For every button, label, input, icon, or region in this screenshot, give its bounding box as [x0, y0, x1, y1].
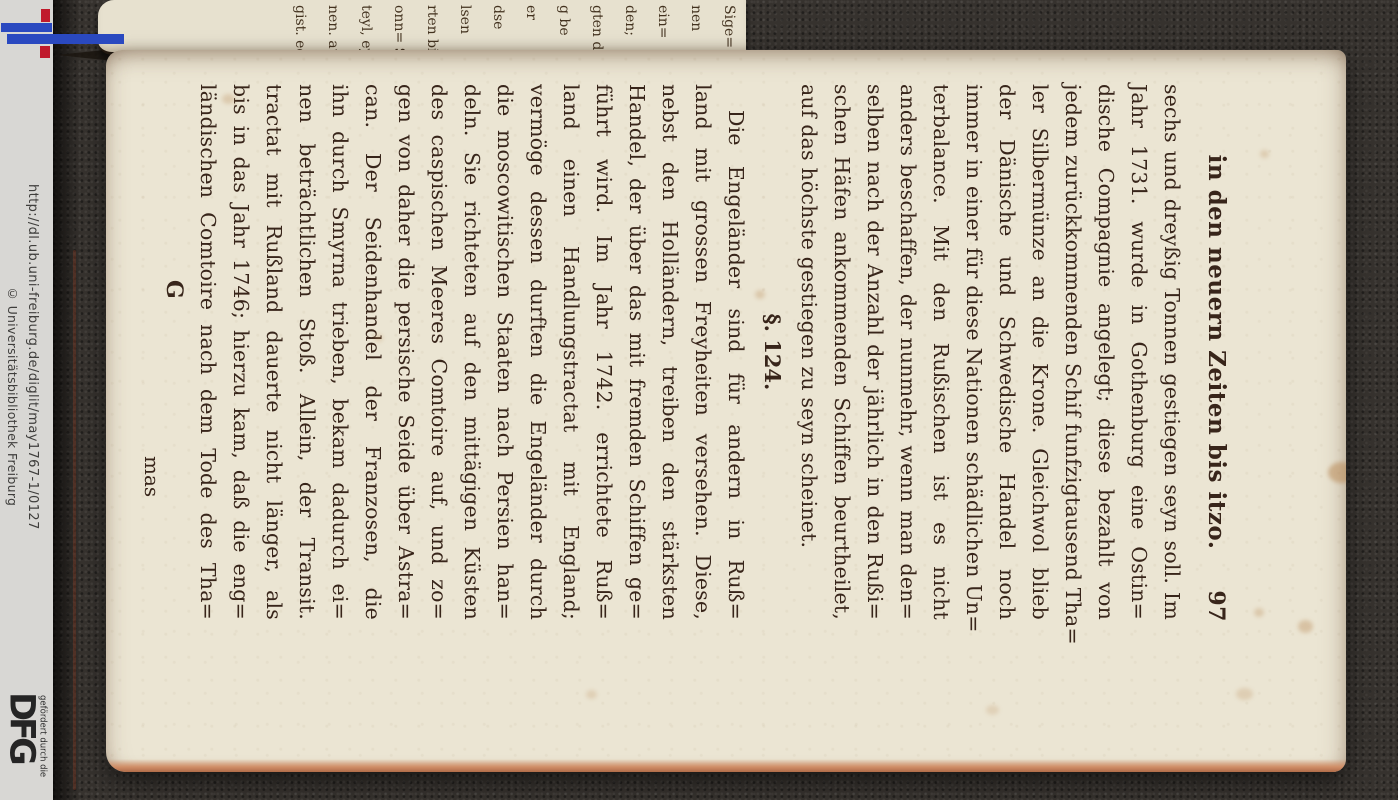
digitized-book-scan: { "sidebar": { "url_vertical": "http://d… — [0, 0, 1398, 800]
dfg-logo-tagline: gefördert durch die — [38, 692, 48, 777]
running-head: in den neuern Zeiten bis itzo. 97 — [1188, 84, 1230, 620]
text-line: bis in das Jahr 1746; hierzu kam, daß di… — [224, 84, 257, 620]
facing-page-line-fragment: teyl, eyn, — [348, 2, 381, 52]
catchword: mas — [140, 456, 164, 497]
section-heading: §. 124. — [752, 84, 792, 620]
page-reading-surface: in den neuern Zeiten bis itzo. 97 sechs … — [106, 50, 1346, 772]
gathering-signature-mark: G — [161, 280, 187, 299]
facing-page-line-fragment: den; — [612, 2, 645, 52]
facing-page-line-fragment: g be — [546, 2, 579, 52]
facing-page-line-fragment: lsen — [447, 2, 480, 52]
foxing-stain — [755, 290, 765, 299]
text-line: ler Silbermünze an die Krone. Gleichwol … — [1023, 84, 1056, 620]
foxing-stain — [222, 94, 235, 104]
book-page-photo: in den neuern Zeiten bis itzo. 97 sechs … — [106, 50, 1346, 772]
text-line: schen Häfen ankommenden Schiffen beurthe… — [825, 84, 858, 620]
facing-page-line-fragment: onn= Sil= — [381, 2, 414, 52]
dfg-logo-acronym: DFG — [5, 692, 37, 762]
text-line: des caspischen Meeres Comtoire auf, und … — [422, 84, 455, 620]
text-line: selben nach der Anzahl der jährlich in d… — [858, 84, 891, 620]
text-line: terbalance. Mit den Rußischen ist es nic… — [924, 84, 957, 620]
text-line: anders beschaffen, der nunmehr, wenn man… — [891, 84, 924, 620]
facing-page-line-fragment: rten bis — [414, 2, 447, 52]
text-line: gen von daher die persische Seide über A… — [389, 84, 422, 620]
text-line: auf das höchste gestiegen zu seyn schein… — [792, 84, 825, 620]
text-line: can. Der Seidenhandel der Franzosen, die — [356, 84, 389, 620]
page-foot: G mas — [119, 84, 191, 620]
facing-page-edge-sliver: Sige=nenein=den;gten dieg beerdselsenrte… — [98, 0, 746, 55]
text-line: tractat mit Rußland dauerte nicht länger… — [257, 84, 290, 620]
source-url-vertical-text: http://dl.ub.uni-freiburg.de/diglit/may1… — [25, 184, 40, 530]
text-line: deln. Sie richteten auf den mittägigen K… — [455, 84, 488, 620]
page-fore-edge-tint — [106, 759, 1346, 772]
foxing-stain — [986, 705, 999, 715]
text-line: sechs und dreyßig Tonnen gestiegen seyn … — [1155, 84, 1188, 620]
facing-page-line-fragment: er — [513, 2, 546, 52]
library-logo-red-block-bottom — [40, 46, 50, 58]
text-line: nebst den Holländern, treiben den stärks… — [653, 84, 686, 620]
text-line: land einen Handlungstractat mit England; — [554, 84, 587, 620]
foxing-stain — [1260, 150, 1269, 158]
text-line: land mit grossen Freyheiten versehen. Di… — [686, 84, 719, 620]
facing-page-line-fragment: gist. echs — [282, 2, 315, 52]
text-line: nen beträchtlichen Stoß. Allein, der Tra… — [290, 84, 323, 620]
text-line: ihn durch Smyrna trieben, bekam dadurch … — [323, 84, 356, 620]
text-line: der Dänische und Schwedische Handel noch — [990, 84, 1023, 620]
text-line: Die Engeländer sind für andern in Ruß= — [719, 84, 752, 620]
photo-left-shadow — [53, 0, 81, 800]
facing-page-line-fragment: nen — [678, 2, 711, 52]
library-logo-blue-bar-long — [7, 34, 124, 44]
facing-page-line-fragment: nen. auf, — [315, 2, 348, 52]
library-logo-blue-bar-short — [1, 23, 52, 32]
facing-page-line-fragment: Sige= — [711, 2, 744, 52]
foxing-stain — [1298, 620, 1313, 633]
facing-page-line-fragment: gten die — [579, 2, 612, 52]
book-edge-red-seam — [73, 250, 76, 790]
paragraph-2: Die Engeländer sind für andern in Ruß=la… — [191, 84, 752, 620]
text-line: vermöge dessen durften die Engeländer du… — [521, 84, 554, 620]
page-number: 97 — [1203, 590, 1229, 622]
text-line: führt wird. Im Jahr 1742. errichtete Ruß… — [587, 84, 620, 620]
page-text-column: in den neuern Zeiten bis itzo. 97 sechs … — [119, 84, 1230, 620]
copyright-vertical-text: © Universitätsbibliothek Freiburg — [5, 286, 20, 506]
text-line: ländischen Comtoire nach dem Tode des Th… — [191, 84, 224, 620]
dfg-logo: DFG gefördert durch die — [5, 692, 48, 777]
paragraph-1: sechs und dreyßig Tonnen gestiegen seyn … — [792, 84, 1188, 620]
facing-page-line-fragments: Sige=nenein=den;gten dieg beerdselsenrte… — [104, 2, 744, 52]
text-line: Jahr 1731. wurde in Gothenburg eine Osti… — [1122, 84, 1155, 620]
facing-page-line-fragment: dse — [480, 2, 513, 52]
running-head-title: in den neuern Zeiten bis itzo. — [1203, 155, 1230, 550]
facing-page-line-fragment: ein= — [645, 2, 678, 52]
foxing-stain — [1236, 688, 1253, 700]
text-line: jedem zurückkommenden Schif funfzigtause… — [1056, 84, 1089, 620]
text-line: immer in einer für diese Nationen schädl… — [957, 84, 990, 620]
foxing-stain — [1254, 608, 1264, 617]
text-line: die moscowitischen Staaten nach Persien … — [488, 84, 521, 620]
library-logo-red-block-top — [41, 9, 50, 22]
foxing-stain — [374, 334, 383, 342]
text-line: Handel, der über das mit fremden Schiffe… — [620, 84, 653, 620]
foxing-stain — [586, 690, 597, 699]
text-line: dische Compagnie angelegt; diese bezahlt… — [1089, 84, 1122, 620]
